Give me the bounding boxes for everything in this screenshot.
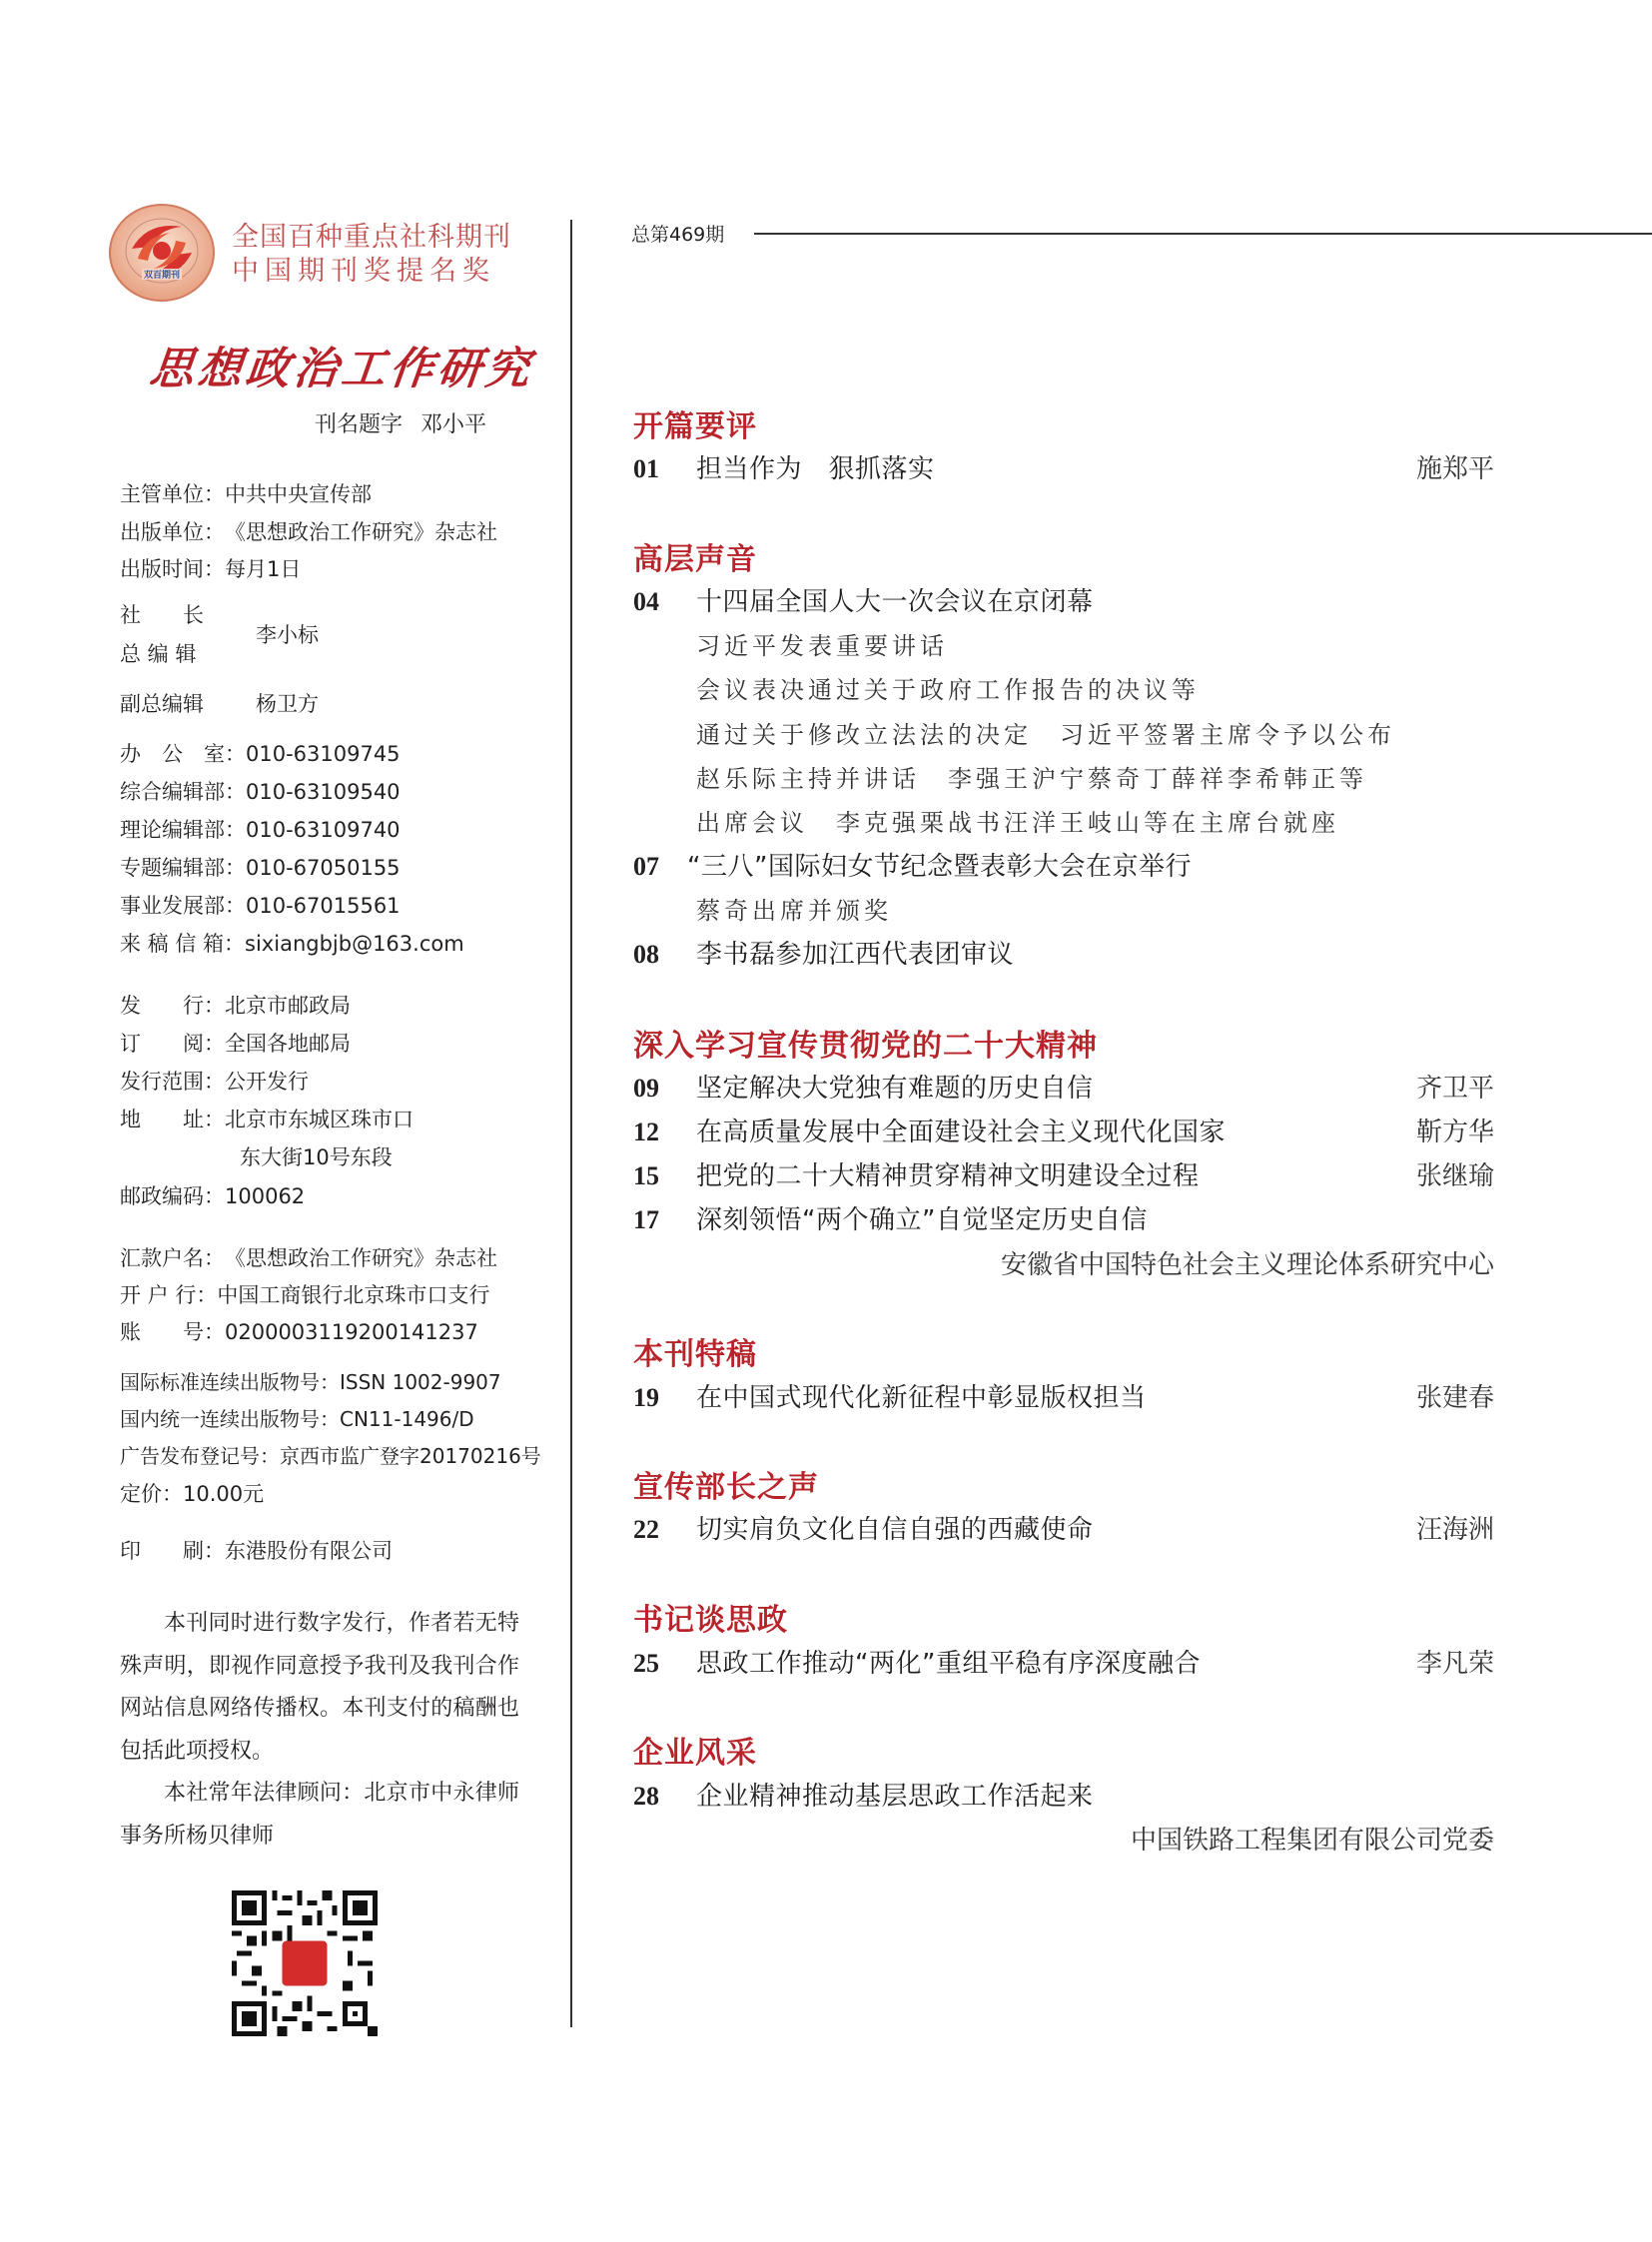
article-title: 企业精神推动基层思政工作活起来 xyxy=(696,1779,1094,1815)
president-label: 社 长 xyxy=(120,601,204,629)
article-author: 张继瑜 xyxy=(1416,1158,1494,1194)
article-title: 李书磊参加江西代表团审议 xyxy=(696,937,1014,973)
article-title: 在高质量发展中全面建设社会主义现代化国家 xyxy=(696,1115,1226,1150)
article-subtitle: 会议表决通过关于政府工作报告的决议等 xyxy=(696,672,1200,708)
president-chief-name: 李小标 xyxy=(256,621,319,649)
legal-counsel-notice: 本社常年法律顾问：北京市中永律师事务所杨贝律师 xyxy=(120,1773,519,1858)
postcode-row: 邮政编码：100062 xyxy=(120,1182,305,1210)
page-number: 12 xyxy=(633,1115,659,1150)
contact-row: 理论编辑部：010-63109740 xyxy=(120,816,401,844)
deputy-chief-label: 副总编辑 xyxy=(120,690,256,718)
deputy-chief-value: 杨卫方 xyxy=(256,690,319,718)
page-number: 28 xyxy=(633,1779,659,1815)
toc-entry[interactable]: 17 深刻领悟“两个确立”自觉坚定历史自信 xyxy=(633,1202,1494,1238)
pub-time-row: 出版时间：每月1日 xyxy=(120,555,301,583)
page-number: 07 xyxy=(633,849,659,885)
article-subtitle: 出席会议 李克强栗战书汪洋王岐山等在主席台就座 xyxy=(696,805,1339,841)
supervisor-row: 主管单位：中共中央宣传部 xyxy=(120,480,372,508)
article-author: 汪海洲 xyxy=(1416,1512,1494,1548)
pub-time-value: 每月1日 xyxy=(225,555,301,583)
section-title-secretaries: 书记谈思政 xyxy=(633,1603,788,1639)
article-author: 张建春 xyxy=(1416,1380,1494,1416)
chief-editor-label-row: 总 编 辑 xyxy=(120,640,196,668)
toc-entry[interactable]: 15 把党的二十大精神贯穿精神文明建设全过程 张继瑜 xyxy=(633,1158,1494,1194)
page-number: 19 xyxy=(633,1380,659,1416)
publisher-label: 出版单位： xyxy=(120,518,225,546)
inscription-label: 刊名题字 xyxy=(315,412,403,437)
section-title-enterprise: 企业风采 xyxy=(633,1736,757,1772)
award-title-line1: 全国百种重点社科期刊 xyxy=(232,222,511,254)
president-label-row: 社 长 xyxy=(120,601,204,629)
article-title: 思政工作推动“两化”重组平稳有序深度融合 xyxy=(696,1646,1201,1682)
cn-row: 国内统一连续出版物号：CN11-1496/D xyxy=(120,1405,474,1433)
issue-number: 总第469期 xyxy=(631,220,724,247)
article-subtitle: 习近平发表重要讲话 xyxy=(696,628,948,664)
svg-text:双百期刊: 双百期刊 xyxy=(144,269,180,281)
publisher-row: 出版单位：《思想政治工作研究》杂志社 xyxy=(120,518,497,546)
inscription-author: 邓小平 xyxy=(420,412,486,437)
article-author: 李凡荣 xyxy=(1416,1646,1494,1682)
article-title: 把党的二十大精神贯穿精神文明建设全过程 xyxy=(696,1158,1200,1194)
article-title: 坚定解决大党独有难题的历史自信 xyxy=(696,1071,1094,1107)
distribution-row: 发行范围：公开发行 xyxy=(120,1068,309,1096)
issn-row: 国际标准连续出版物号：ISSN 1002-9907 xyxy=(120,1368,501,1396)
publisher-value: 《思想政治工作研究》杂志社 xyxy=(225,518,497,546)
address-row: 地 址：北京市东城区珠市口 xyxy=(120,1106,413,1133)
award-logo-icon: 双百期刊 xyxy=(108,203,216,303)
page-number: 08 xyxy=(633,937,659,973)
header-rule xyxy=(754,233,1652,235)
article-title: 担当作为 狠抓落实 xyxy=(696,451,935,487)
page-number: 17 xyxy=(633,1202,659,1238)
supervisor-label: 主管单位： xyxy=(120,480,225,508)
page-number: 04 xyxy=(633,584,659,620)
article-subtitle: 通过关于修改立法法的决定 习近平签署主席令予以公布 xyxy=(696,717,1395,753)
article-title: 在中国式现代化新征程中彰显版权担当 xyxy=(696,1380,1147,1416)
section-title-propaganda-ministers: 宣传部长之声 xyxy=(633,1470,819,1506)
toc-entry[interactable]: 12 在高质量发展中全面建设社会主义现代化国家 靳方华 xyxy=(633,1115,1494,1150)
contact-row: 专题编辑部：010-67050155 xyxy=(120,854,401,882)
toc-entry[interactable]: 28 企业精神推动基层思政工作活起来 xyxy=(633,1779,1494,1815)
section-title-opening: 开篇要评 xyxy=(633,409,757,445)
page-number: 15 xyxy=(633,1158,659,1194)
toc-entry[interactable]: 22 切实肩负文化自信自强的西藏使命 汪海洲 xyxy=(633,1512,1494,1548)
contact-row: 办 公 室：010-63109745 xyxy=(120,740,401,768)
pub-time-label: 出版时间： xyxy=(120,555,225,583)
article-title: 切实肩负文化自信自强的西藏使命 xyxy=(696,1512,1094,1548)
submission-email[interactable]: sixiangbjb@163.com xyxy=(245,930,464,958)
toc-entry[interactable]: 25 思政工作推动“两化”重组平稳有序深度融合 李凡荣 xyxy=(633,1646,1494,1682)
bank-row: 开 户 行：中国工商银行北京珠市口支行 xyxy=(120,1281,489,1309)
page-number: 22 xyxy=(633,1512,659,1548)
magazine-title: 思想政治工作研究 xyxy=(147,345,535,394)
page-number: 25 xyxy=(633,1646,659,1682)
section-title-special-feature: 本刊特稿 xyxy=(633,1337,757,1373)
distribution-row: 订 阅：全国各地邮局 xyxy=(120,1030,351,1058)
bank-row: 汇款户名：《思想政治工作研究》杂志社 xyxy=(120,1244,497,1272)
article-title: 十四届全国人大一次会议在京闭幕 xyxy=(696,584,1094,620)
chief-editor-label: 总 编 辑 xyxy=(120,640,196,668)
ad-registration-row: 广告发布登记号：京西市监广登字20170216号 xyxy=(120,1442,541,1470)
distribution-row: 发 行：北京市邮政局 xyxy=(120,992,351,1020)
section-title-leadership: 高层声音 xyxy=(633,542,757,578)
toc-entry[interactable]: 01 担当作为 狠抓落实 施郑平 xyxy=(633,451,1494,487)
toc-entry[interactable]: 07 “三八”国际妇女节纪念暨表彰大会在京举行 xyxy=(633,849,1494,885)
page-number: 01 xyxy=(633,451,659,487)
contact-row: 综合编辑部：010-63109540 xyxy=(120,778,401,806)
price-row: 定价：10.00元 xyxy=(120,1480,264,1508)
article-subtitle: 蔡奇出席并颁奖 xyxy=(696,893,892,929)
page-number: 09 xyxy=(633,1071,659,1107)
section-title-twentieth-congress: 深入学习宣传贯彻党的二十大精神 xyxy=(633,1029,1098,1065)
toc-entry[interactable]: 08 李书磊参加江西代表团审议 xyxy=(633,937,1494,973)
printer-row: 印 刷：东港股份有限公司 xyxy=(120,1537,393,1565)
article-author-org: 中国铁路工程集团有限公司党委 xyxy=(1131,1823,1494,1859)
column-divider xyxy=(570,220,572,2027)
contact-row: 事业发展部：010-67015561 xyxy=(120,892,401,920)
article-subtitle: 赵乐际主持并讲话 李强王沪宁蔡奇丁薛祥李希韩正等 xyxy=(696,761,1367,797)
award-title-line2: 中国期刊奖提名奖 xyxy=(232,256,495,288)
toc-entry[interactable]: 19 在中国式现代化新征程中彰显版权担当 张建春 xyxy=(633,1380,1494,1416)
article-author: 靳方华 xyxy=(1416,1115,1494,1150)
qr-code-icon[interactable] xyxy=(232,1890,378,2036)
article-author: 齐卫平 xyxy=(1416,1071,1494,1107)
copyright-notice: 本刊同时进行数字发行，作者若无特殊声明，即视作同意授予我刊及我刊合作网站信息网络… xyxy=(120,1603,519,1858)
qr-center-logo xyxy=(282,1940,327,1985)
address-row-cont: 东大街10号东段 xyxy=(240,1143,393,1171)
toc-entry[interactable]: 09 坚定解决大党独有难题的历史自信 齐卫平 xyxy=(633,1071,1494,1107)
article-title: “三八”国际妇女节纪念暨表彰大会在京举行 xyxy=(687,849,1192,885)
digital-rights-notice: 本刊同时进行数字发行，作者若无特殊声明，即视作同意授予我刊及我刊合作网站信息网络… xyxy=(120,1603,519,1773)
supervisor-value: 中共中央宣传部 xyxy=(225,480,372,508)
title-inscription: 刊名题字邓小平 xyxy=(315,407,486,438)
bank-row: 账 号：0200003119200141237 xyxy=(120,1318,478,1346)
article-author-org: 安徽省中国特色社会主义理论体系研究中心 xyxy=(1001,1247,1494,1283)
deputy-chief-row: 副总编辑杨卫方 xyxy=(120,690,319,718)
toc-entry[interactable]: 04 十四届全国人大一次会议在京闭幕 xyxy=(633,584,1494,620)
article-title: 深刻领悟“两个确立”自觉坚定历史自信 xyxy=(696,1202,1148,1238)
article-author: 施郑平 xyxy=(1416,451,1494,487)
contact-email-row: 来 稿 信 箱：sixiangbjb@163.com xyxy=(120,930,464,958)
